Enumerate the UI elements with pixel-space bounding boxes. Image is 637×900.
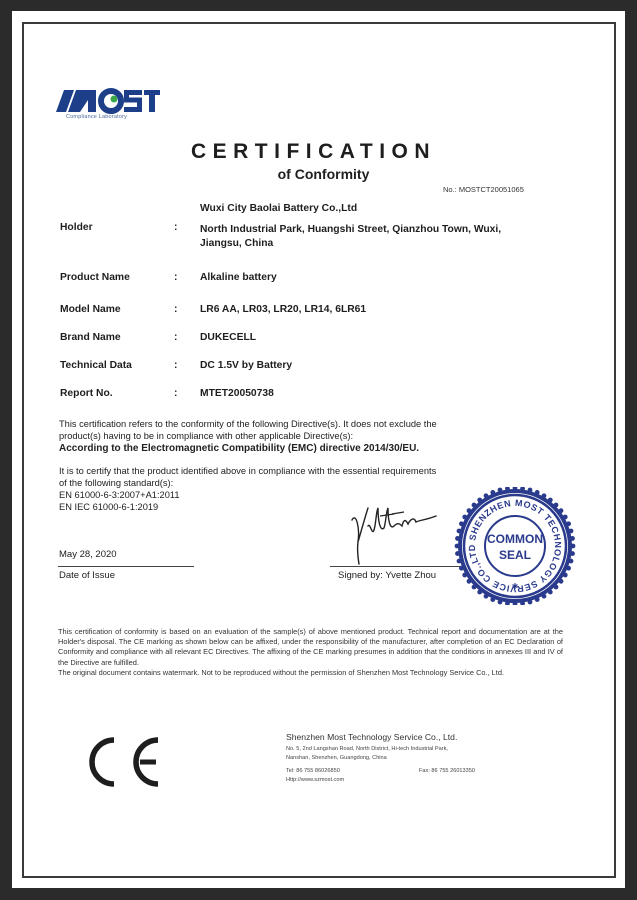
technical-data-colon: :	[174, 360, 177, 371]
technical-data-value: DC 1.5V by Battery	[200, 358, 292, 373]
svg-text:✱: ✱	[512, 582, 519, 591]
certificate-number: No.: MOSTCT20051065	[443, 185, 524, 194]
signed-by-label: Signed by: Yvette Zhou	[338, 570, 436, 581]
directive-statement: According to the Electromagnetic Compati…	[59, 443, 419, 455]
product-name-colon: :	[174, 272, 177, 283]
report-no-label: Report No.	[60, 388, 113, 399]
report-no-colon: :	[174, 388, 177, 399]
holder-address-line2: Jiangsu, China	[200, 236, 273, 251]
issuer-fax: Fax: 86 755 26013350	[419, 768, 475, 774]
brand-name-label: Brand Name	[60, 332, 121, 343]
certificate-subtitle: of Conformity	[0, 166, 637, 182]
issuer-address: No. 5, 2nd Langshan Road, North District…	[286, 745, 448, 762]
model-name-label: Model Name	[60, 304, 121, 315]
model-name-colon: :	[174, 304, 177, 315]
holder-address-line1: North Industrial Park, Huangshi Street, …	[200, 222, 501, 237]
holder-colon: :	[174, 222, 177, 233]
certify-line2: of the following standard(s):	[59, 478, 173, 490]
report-no-value: MTET20050738	[200, 386, 274, 401]
issuer-address-line2: Nanshan, Shenzhen, Guangdong, China	[286, 754, 448, 763]
model-name-value: LR6 AA, LR03, LR20, LR14, 6LR61	[200, 302, 366, 317]
ce-mark-icon	[84, 734, 164, 790]
svg-text:SEAL: SEAL	[499, 548, 531, 562]
directive-intro-line1: This certification refers to the conform…	[59, 419, 437, 431]
fine-print-paragraph-2: The original document contains watermark…	[58, 668, 563, 678]
issue-date: May 28, 2020	[59, 549, 117, 560]
product-name-value: Alkaline battery	[200, 270, 277, 285]
standard-1: EN 61000-6-3:2007+A1:2011	[59, 490, 180, 502]
issuer-address-line1: No. 5, 2nd Langshan Road, North District…	[286, 745, 448, 754]
product-name-label: Product Name	[60, 272, 130, 283]
date-of-issue-label: Date of Issue	[59, 570, 115, 581]
fine-print: This certification of conformity is base…	[58, 627, 563, 678]
issuer-tel: Tel: 86 755 86026850	[286, 768, 340, 774]
brand-name-colon: :	[174, 332, 177, 343]
brand-name-value: DUKECELL	[200, 330, 256, 345]
issuer-name: Shenzhen Most Technology Service Co., Lt…	[286, 732, 457, 742]
most-logo-icon	[56, 86, 176, 126]
svg-text:COMMON: COMMON	[487, 532, 543, 546]
certify-line1: It is to certify that the product identi…	[59, 466, 436, 478]
holder-name: Wuxi City Baolai Battery Co.,Ltd	[200, 201, 357, 216]
company-seal-icon: SHENZHEN MOST TECHNOLOGY SERVICE CO.,LTD…	[454, 487, 576, 605]
fine-print-paragraph-1: This certification of conformity is base…	[58, 627, 563, 668]
technical-data-label: Technical Data	[60, 360, 132, 371]
logo-subtitle: Compliance Laboratory	[66, 114, 127, 120]
directive-intro-line2: product(s) having to be in compliance wi…	[59, 431, 353, 443]
standard-2: EN IEC 61000-6-1:2019	[59, 502, 158, 514]
holder-label: Holder	[60, 222, 93, 233]
date-underline	[58, 566, 194, 567]
signature-icon	[344, 498, 454, 568]
issuer-website-link[interactable]: Http://www.szmost.com	[286, 777, 344, 783]
certificate-title: CERTIFICATION	[0, 140, 637, 164]
